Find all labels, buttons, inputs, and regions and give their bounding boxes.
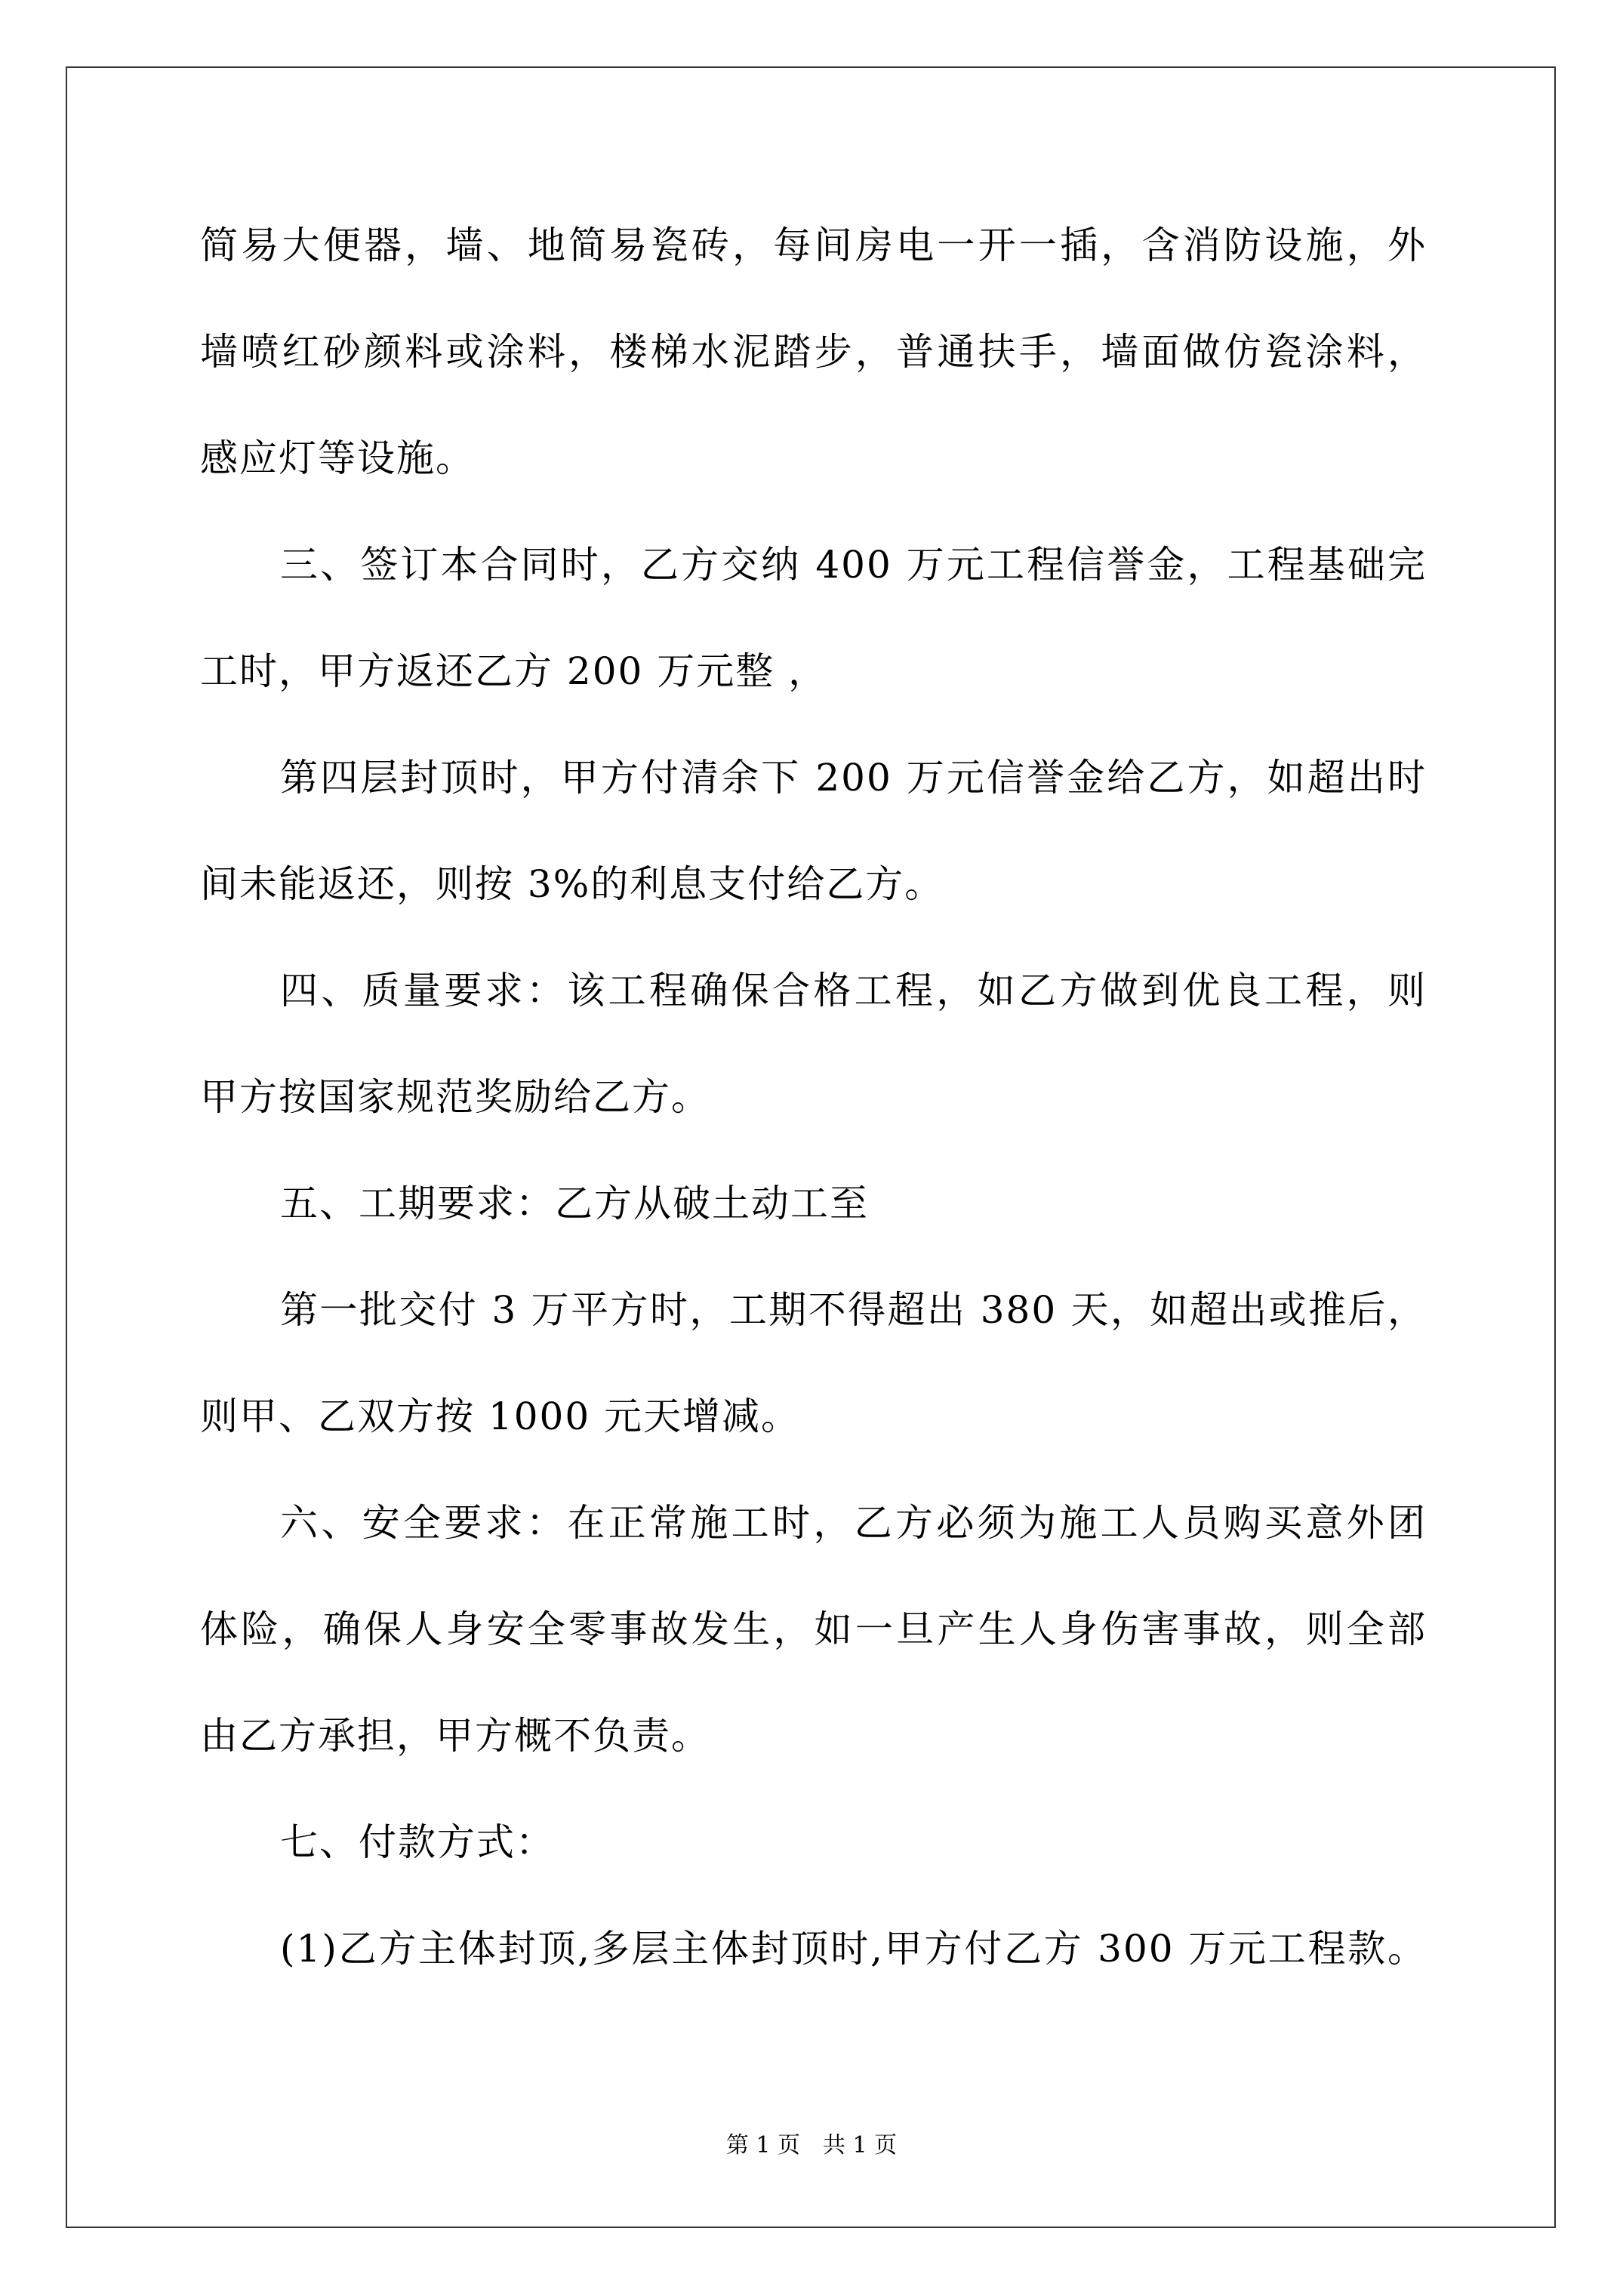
payment-item-1-line: (1)乙方主体封顶,多层主体封顶时,甲方付乙方 300 万元工程款。: [280, 1926, 1427, 1971]
paragraph-line: 简易大便器，墙、地简易瓷砖，每间房电一开一插，含消防设施，外: [200, 223, 1427, 268]
paragraph-line: 墙喷红砂颜料或涂料，楼梯水泥踏步，普通扶手，墙面做仿瓷涂料，: [200, 329, 1427, 374]
page-frame: [66, 66, 1556, 2228]
clause-4-line: 四、质量要求：该工程确保合格工程，如乙方做到优良工程，则: [280, 968, 1427, 1013]
clause-5-line: 五、工期要求：乙方从破土动工至: [280, 1181, 869, 1226]
paragraph-line: 工时，甲方返还乙方 200 万元整 ，: [200, 649, 827, 694]
paragraph-line: 间未能返还，则按 3%的利息支付给乙方。: [200, 861, 944, 907]
paragraph-line: 第一批交付 3 万平方时，工期不得超出 380 天，如超出或推后，: [280, 1287, 1427, 1333]
clause-6-line: 六、安全要求：在正常施工时，乙方必须为施工人员购买意外团: [280, 1500, 1427, 1546]
clause-7-line: 七、付款方式：: [280, 1820, 555, 1865]
page-number-footer: 第 1 页 共 1 页: [0, 2131, 1623, 2161]
paragraph-line: 由乙方承担，甲方概不负责。: [200, 1713, 710, 1758]
paragraph-line: 体险，确保人身安全零事故发生，如一旦产生人身伤害事故，则全部: [200, 1607, 1427, 1652]
clause-3-line: 三、签订本合同时，乙方交纳 400 万元工程信誉金，工程基础完: [280, 542, 1427, 587]
paragraph-line: 感应灯等设施。: [200, 436, 475, 481]
paragraph-line: 甲方按国家规范奖励给乙方。: [200, 1074, 710, 1120]
paragraph-line: 第四层封顶时，甲方付清余下 200 万元信誉金给乙方，如超出时: [280, 755, 1427, 800]
paragraph-line: 则甲、乙双方按 1000 元天增减。: [200, 1394, 800, 1439]
